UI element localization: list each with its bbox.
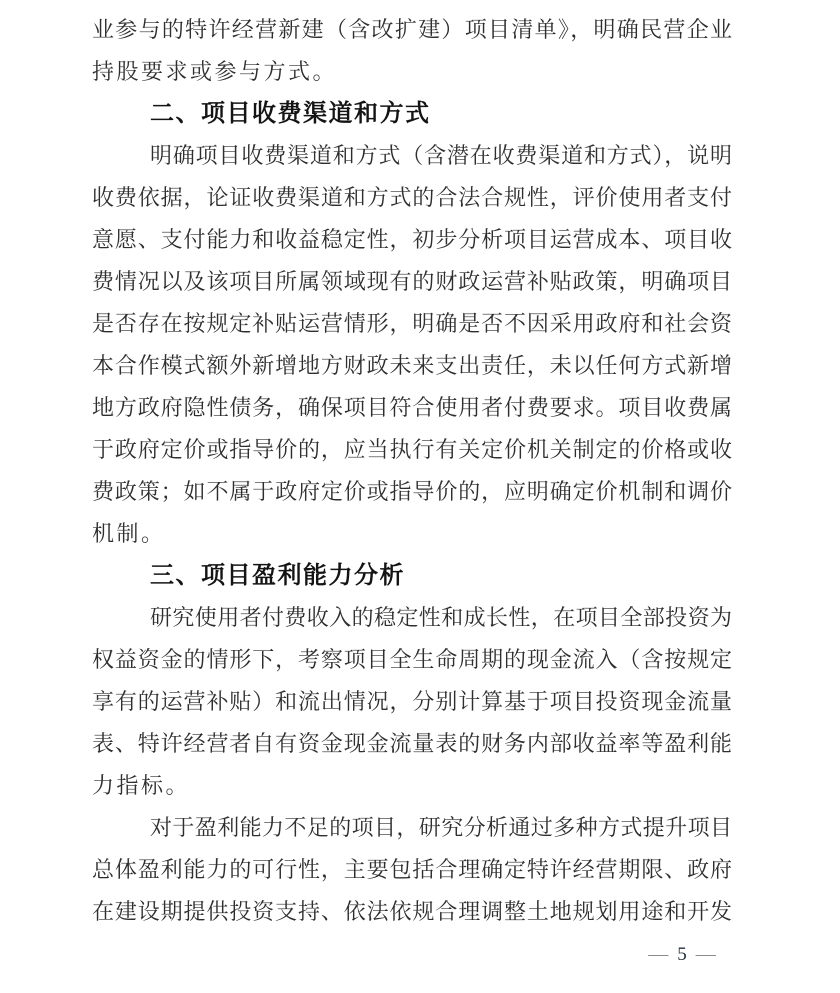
body-line: 持股要求或参与方式。	[92, 51, 732, 93]
body-line: 表、特许经营者自有资金现金流量表的财务内部收益率等盈利能	[92, 723, 732, 765]
footer-dash-left: —	[648, 944, 668, 964]
body-line: 费情况以及该项目所属领域现有的财政运营补贴政策，明确项目	[92, 261, 732, 303]
section-heading: 二、项目收费渠道和方式	[92, 93, 732, 135]
page-footer: — 5 —	[622, 938, 742, 970]
body-line: 对于盈利能力不足的项目，研究分析通过多种方式提升项目	[92, 807, 732, 849]
body-line: 研究使用者付费收入的稳定性和成长性，在项目全部投资为	[92, 597, 732, 639]
body-line: 总体盈利能力的可行性，主要包括合理确定特许经营期限、政府	[92, 849, 732, 891]
footer-dash-right: —	[696, 944, 716, 964]
body-line: 收费依据，论证收费渠道和方式的合法合规性，评价使用者支付	[92, 177, 732, 219]
document-body: 业参与的特许经营新建（含改扩建）项目清单》，明确民营企业持股要求或参与方式。二、…	[92, 9, 732, 933]
document-page: 业参与的特许经营新建（含改扩建）项目清单》，明确民营企业持股要求或参与方式。二、…	[0, 0, 840, 993]
body-line: 在建设期提供投资支持、依法依规合理调整土地规划用途和开发	[92, 891, 732, 933]
body-line: 明确项目收费渠道和方式（含潜在收费渠道和方式），说明	[92, 135, 732, 177]
section-heading: 三、项目盈利能力分析	[92, 555, 732, 597]
body-line: 地方政府隐性债务，确保项目符合使用者付费要求。项目收费属	[92, 387, 732, 429]
body-line: 费政策；如不属于政府定价或指导价的，应明确定价机制和调价	[92, 471, 732, 513]
body-line: 是否存在按规定补贴运营情形，明确是否不因采用政府和社会资	[92, 303, 732, 345]
body-line: 享有的运营补贴）和流出情况，分别计算基于项目投资现金流量	[92, 681, 732, 723]
body-line: 意愿、支付能力和收益稳定性，初步分析项目运营成本、项目收	[92, 219, 732, 261]
body-line: 力指标。	[92, 765, 732, 807]
body-line: 于政府定价或指导价的，应当执行有关定价机关制定的价格或收	[92, 429, 732, 471]
body-line: 权益资金的情形下，考察项目全生命周期的现金流入（含按规定	[92, 639, 732, 681]
body-line: 本合作模式额外新增地方财政未来支出责任，未以任何方式新增	[92, 345, 732, 387]
page-number: 5	[677, 945, 687, 964]
body-line: 业参与的特许经营新建（含改扩建）项目清单》，明确民营企业	[92, 9, 732, 51]
body-line: 机制。	[92, 513, 732, 555]
